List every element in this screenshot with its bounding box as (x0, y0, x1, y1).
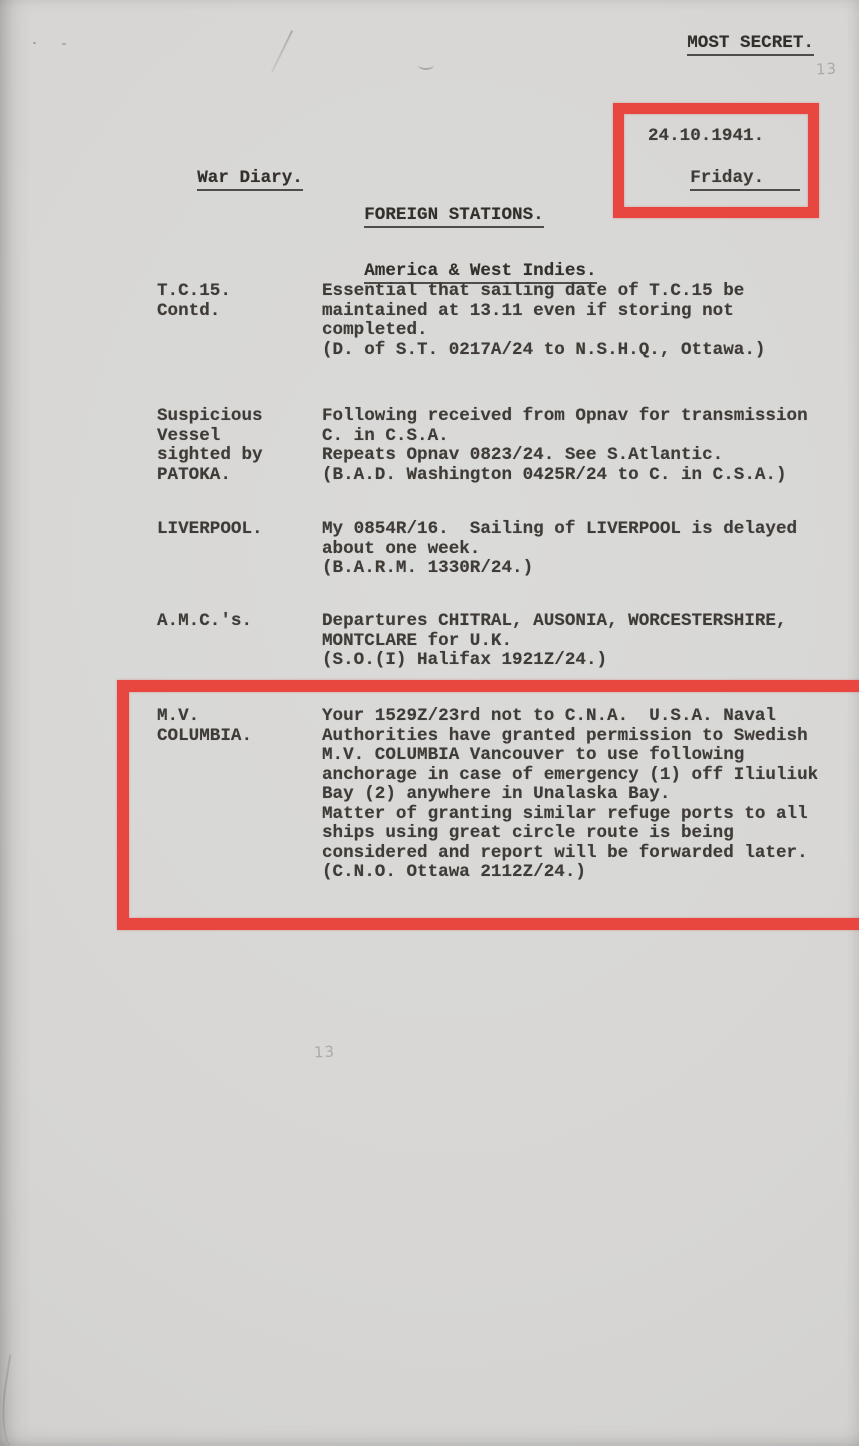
scan-artifact-speck (62, 43, 66, 45)
columbia-highlight-annotation (117, 680, 859, 930)
entry-body: Following received from Opnav for transm… (322, 407, 808, 485)
section-heading-text: FOREIGN STATIONS. (364, 205, 544, 228)
entry-body: My 0854R/16. Sailing of LIVERPOOL is del… (322, 520, 797, 579)
classification-heading: MOST SECRET. (645, 14, 814, 73)
page-title: War Diary. (155, 149, 303, 208)
pencil-mark-middle: 13 (314, 1042, 336, 1061)
entry-label: Suspicious Vessel sighted by PATOKA. (157, 407, 263, 485)
entry-label: T.C.15. Contd. (157, 282, 231, 321)
entry-body: Departures CHITRAL, AUSONIA, WORCESTERSH… (322, 612, 787, 671)
entry-label: LIVERPOOL. (157, 520, 263, 540)
scan-artifact-corner-crease (0, 1354, 37, 1446)
classification-text: MOST SECRET. (687, 33, 814, 56)
scanned-document-page: MOST SECRET. 13 24.10.1941. Friday. War … (0, 0, 859, 1446)
page-title-text: War Diary. (197, 168, 303, 191)
scan-artifact-pencil-slash (271, 30, 293, 73)
section-heading: FOREIGN STATIONS. (322, 186, 544, 245)
entry-body: Essential that sailing date of T.C.15 be… (322, 282, 765, 360)
pencil-mark-top: 13 (816, 59, 838, 78)
entry-label: A.M.C.'s. (157, 612, 252, 632)
scan-artifact-speck (33, 42, 36, 44)
scan-artifact-squiggle (418, 60, 434, 70)
date-highlight-annotation (613, 103, 819, 218)
